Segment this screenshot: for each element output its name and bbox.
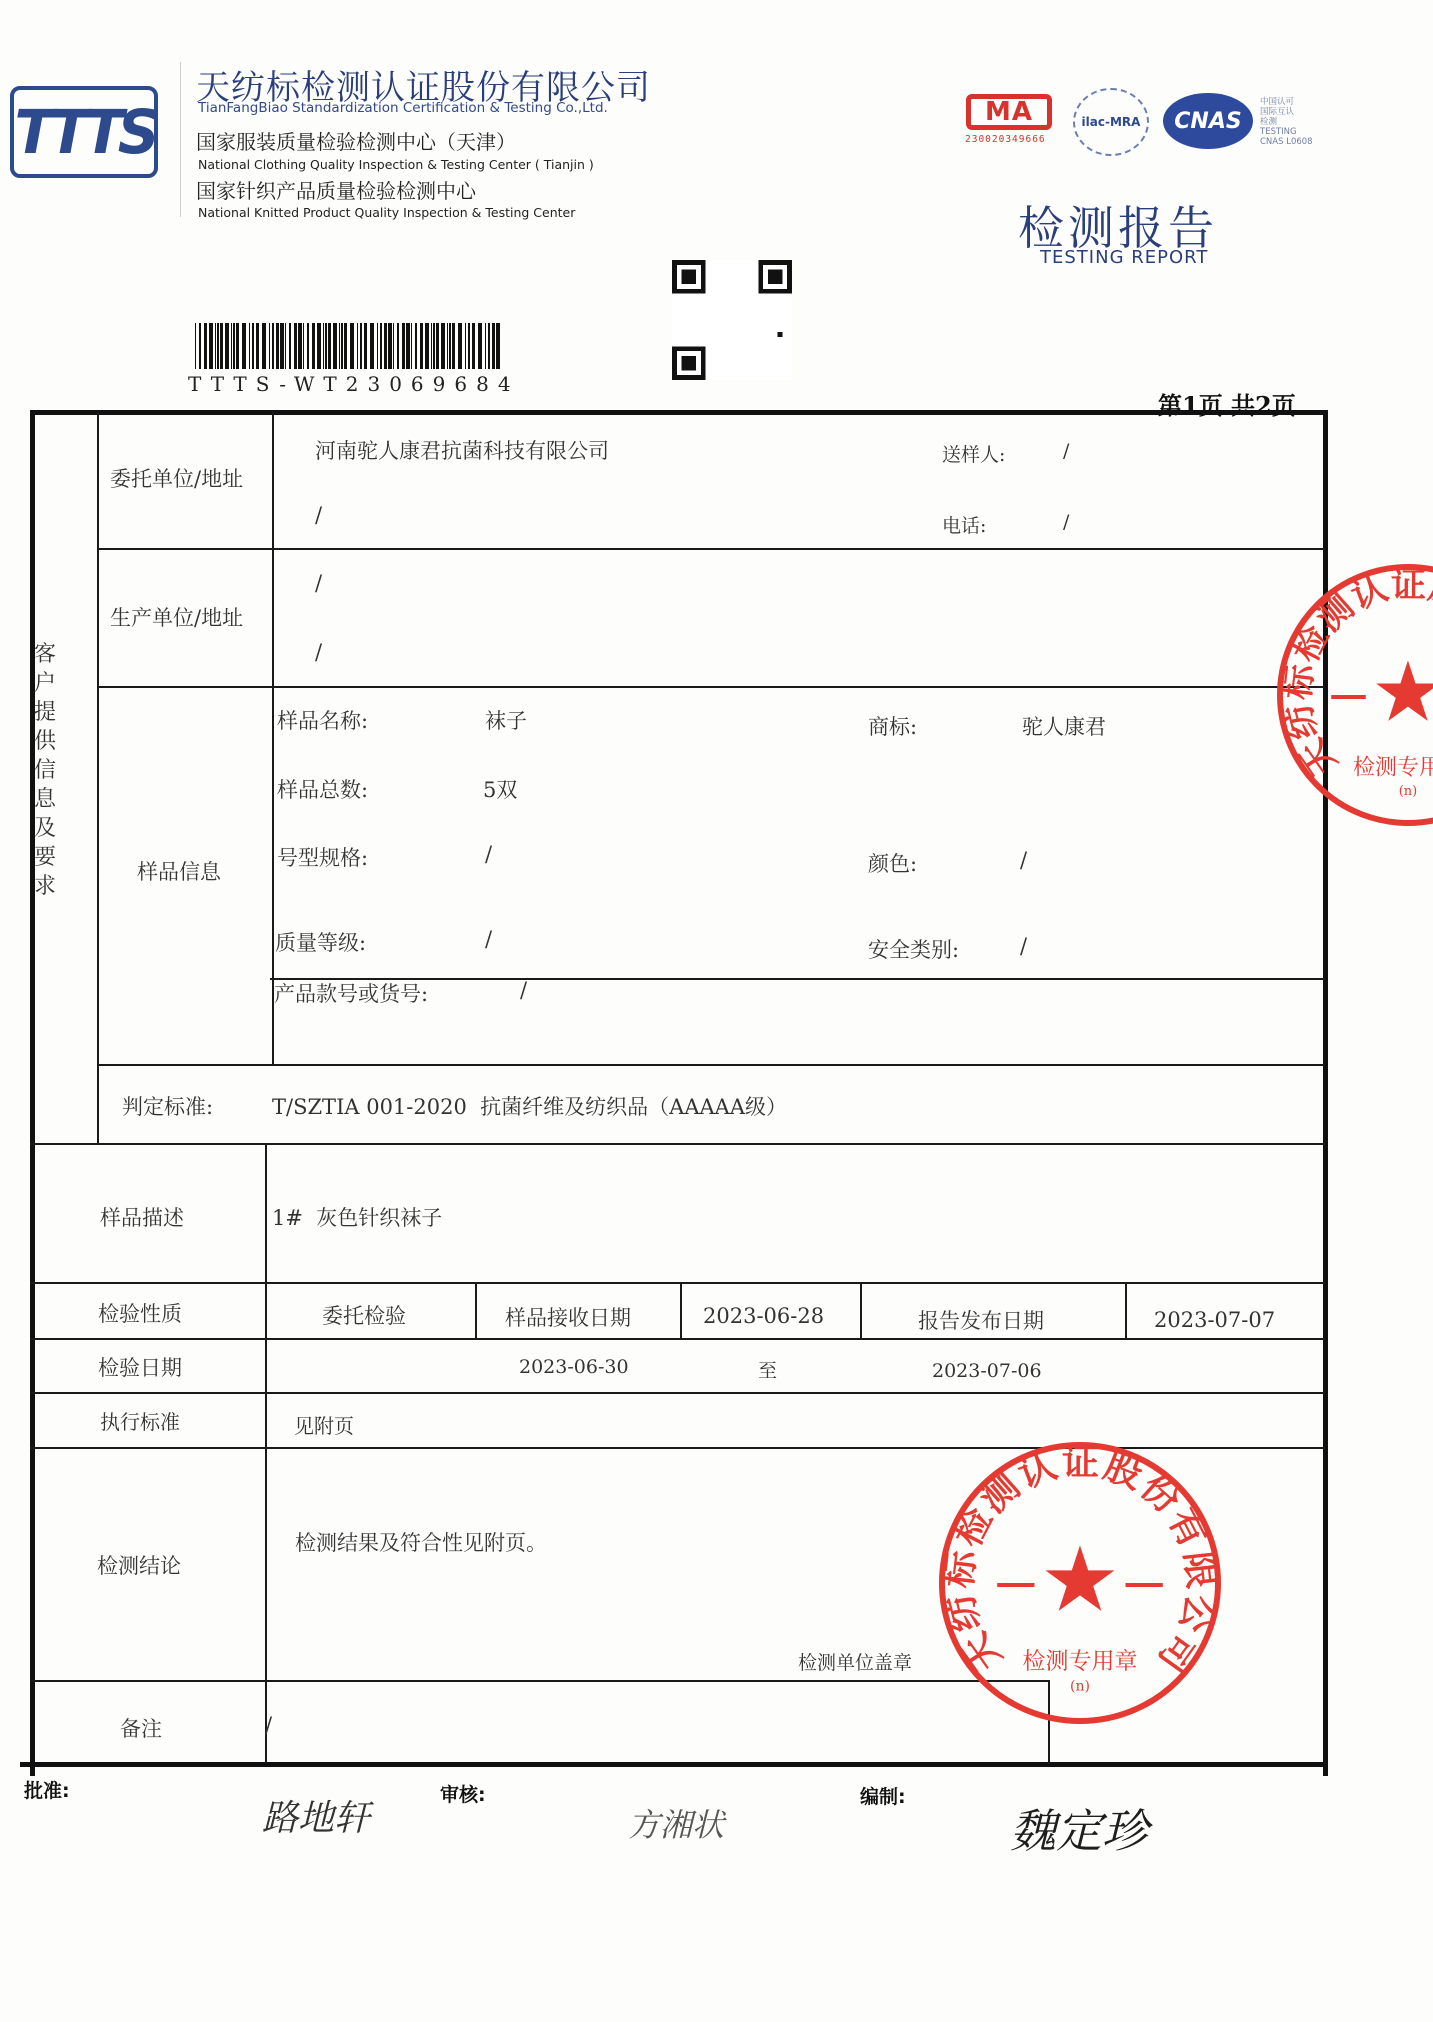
producer-name: / bbox=[315, 571, 322, 595]
approve-signature: 路地轩 bbox=[262, 1790, 370, 1841]
phone-label: 电话: bbox=[942, 511, 986, 538]
report-number: TTTS-WT23069684 bbox=[188, 372, 520, 396]
sample-name-value: 袜子 bbox=[485, 705, 527, 735]
center2-name-cn: 国家针织产品质量检验检测中心 bbox=[196, 175, 476, 204]
svg-text:(n): (n) bbox=[1399, 784, 1418, 799]
sender-value: / bbox=[1063, 440, 1069, 462]
inspection-date-label: 检验日期 bbox=[98, 1352, 182, 1382]
criterion-label: 判定标准: bbox=[122, 1091, 213, 1121]
inspection-date-from: 2023-06-30 bbox=[519, 1356, 629, 1378]
producer-address: / bbox=[315, 640, 322, 664]
page-indicator: 第1页 共2页 bbox=[1158, 386, 1296, 421]
svg-text:★: ★ bbox=[1371, 644, 1433, 741]
official-seal-stamp-icon: 天纺标检测认证股份有限公司★检测专用章(n) bbox=[935, 1438, 1225, 1728]
ilac-mra-logo-icon: ilac-MRA bbox=[1073, 88, 1149, 156]
sample-count-label: 样品总数: bbox=[277, 774, 368, 804]
trademark-value: 驼人康君 bbox=[1022, 711, 1106, 741]
sample-info-label: 样品信息 bbox=[137, 856, 221, 886]
remarks-label: 备注 bbox=[120, 1713, 162, 1743]
size-spec-label: 号型规格: bbox=[277, 842, 368, 872]
review-label: 审核: bbox=[440, 1780, 486, 1807]
standard-label: 执行标准 bbox=[100, 1406, 180, 1435]
remarks-value: / bbox=[265, 1713, 272, 1737]
standard-value: 见附页 bbox=[294, 1410, 354, 1439]
sender-label: 送样人: bbox=[942, 440, 1005, 467]
compile-label: 编制: bbox=[860, 1782, 906, 1809]
safety-category-value: / bbox=[1020, 934, 1027, 958]
ttts-logo: TTTS bbox=[10, 86, 158, 178]
cma-number: 230020349666 bbox=[965, 134, 1046, 145]
center2-name-en: National Knitted Product Quality Inspect… bbox=[198, 205, 575, 220]
cma-logo-icon: MA bbox=[966, 94, 1052, 130]
inspection-date-to: 2023-07-06 bbox=[932, 1360, 1042, 1382]
center1-name-en: National Clothing Quality Inspection & T… bbox=[198, 157, 594, 172]
report-title-en: TESTING REPORT bbox=[1040, 247, 1208, 268]
cnas-logo-icon: CNAS bbox=[1163, 93, 1253, 149]
criterion-value: T/SZTIA 001-2020 抗菌纤维及纺织品（AAAAA级） bbox=[272, 1091, 787, 1121]
entrust-label: 委托单位/地址 bbox=[110, 463, 243, 493]
sample-description-label: 样品描述 bbox=[100, 1202, 184, 1232]
received-date-label: 样品接收日期 bbox=[505, 1302, 631, 1332]
company-name-en: TianFangBiao Standardization Certificati… bbox=[198, 100, 608, 116]
color-label: 颜色: bbox=[868, 848, 917, 878]
compile-signature: 魏定珍 bbox=[1010, 1795, 1148, 1861]
color-value: / bbox=[1020, 848, 1027, 872]
entrust-name: 河南驼人康君抗菌科技有限公司 bbox=[315, 435, 609, 465]
inspection-nature-value: 委托检验 bbox=[322, 1300, 406, 1330]
barcode-icon bbox=[195, 323, 503, 369]
client-section-vertical-label: 客户提供信息及要求 bbox=[30, 640, 60, 901]
style-number-value: / bbox=[520, 978, 527, 1002]
svg-text:检测专用章: 检测专用章 bbox=[1023, 1649, 1138, 1675]
issued-date-label: 报告发布日期 bbox=[918, 1305, 1044, 1335]
size-spec-value: / bbox=[485, 842, 492, 866]
received-date-value: 2023-06-28 bbox=[703, 1304, 824, 1328]
sample-description-value: 1# 灰色针织袜子 bbox=[272, 1202, 442, 1232]
conclusion-label: 检测结论 bbox=[97, 1550, 181, 1580]
inspection-date-to-word: 至 bbox=[758, 1356, 777, 1383]
style-number-label: 产品款号或货号: bbox=[274, 978, 428, 1008]
review-signature: 方湘状 bbox=[628, 1800, 724, 1846]
safety-category-label: 安全类别: bbox=[868, 934, 959, 964]
svg-text:(n): (n) bbox=[1070, 1679, 1090, 1695]
seal-note: 检测单位盖章 bbox=[798, 1648, 912, 1675]
header-divider bbox=[180, 62, 181, 217]
phone-value: / bbox=[1063, 511, 1069, 533]
producer-label: 生产单位/地址 bbox=[110, 602, 243, 632]
quality-grade-value: / bbox=[485, 927, 492, 951]
approve-label: 批准: bbox=[24, 1776, 70, 1803]
official-seal-stamp-edge-icon: 天纺标检测认证股份有限公司★检测专用章(n) bbox=[1258, 560, 1433, 830]
trademark-label: 商标: bbox=[868, 711, 917, 741]
entrust-address: / bbox=[315, 503, 322, 527]
svg-text:★: ★ bbox=[1040, 1528, 1121, 1633]
issued-date-value: 2023-07-07 bbox=[1154, 1308, 1275, 1332]
conclusion-value: 检测结果及符合性见附页。 bbox=[295, 1527, 547, 1557]
sample-name-label: 样品名称: bbox=[277, 705, 368, 735]
quality-grade-label: 质量等级: bbox=[275, 927, 366, 957]
inspection-nature-label: 检验性质 bbox=[98, 1298, 182, 1328]
svg-text:检测专用章: 检测专用章 bbox=[1353, 755, 1433, 780]
qr-code-icon[interactable] bbox=[672, 260, 792, 380]
center1-name-cn: 国家服装质量检验检测中心（天津） bbox=[196, 126, 516, 155]
sample-count-value: 5双 bbox=[483, 774, 517, 804]
cnas-accreditation-text: 中国认可国际互认检测TESTINGCNAS L0608 bbox=[1260, 97, 1313, 147]
